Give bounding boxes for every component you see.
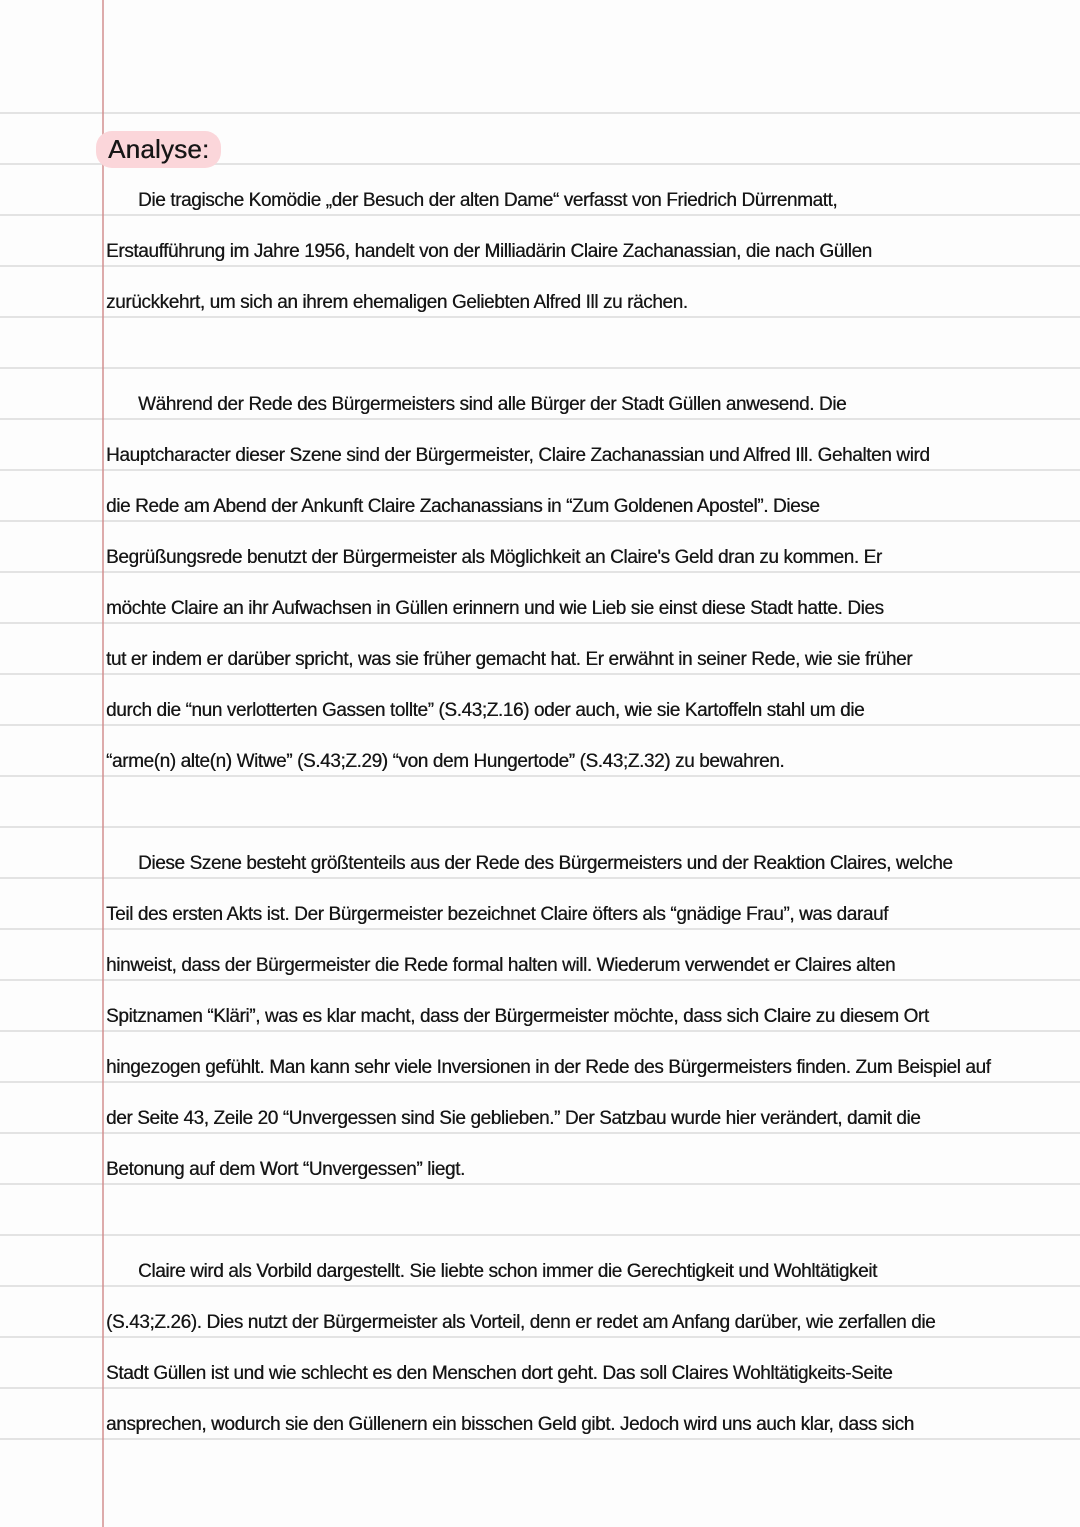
paragraph: Die tragische Komödie „der Besuch der al… xyxy=(106,175,1076,328)
text-line: Diese Szene besteht größtenteils aus der… xyxy=(106,838,1076,889)
notebook-page: { "page": { "heading": "Analyse:", "para… xyxy=(0,0,1080,1527)
text-line: durch die “nun verlotterten Gassen tollt… xyxy=(106,685,1076,736)
text-line: hingezogen gefühlt. Man kann sehr viele … xyxy=(106,1042,1076,1093)
text-line: zurückkehrt, um sich an ihrem ehemaligen… xyxy=(106,277,1076,328)
text-line: der Seite 43, Zeile 20 “Unvergessen sind… xyxy=(106,1093,1076,1144)
text-line: Stadt Güllen ist und wie schlecht es den… xyxy=(106,1348,1076,1399)
text-line: möchte Claire an ihr Aufwachsen in Gülle… xyxy=(106,583,1076,634)
text-line: ansprechen, wodurch sie den Güllenern ei… xyxy=(106,1399,1076,1450)
text-line: Erstaufführung im Jahre 1956, handelt vo… xyxy=(106,226,1076,277)
text-line: Claire wird als Vorbild dargestellt. Sie… xyxy=(106,1246,1076,1297)
text-line: Begrüßungsrede benutzt der Bürgermeister… xyxy=(106,532,1076,583)
text-line: Während der Rede des Bürgermeisters sind… xyxy=(106,379,1076,430)
paragraph: Während der Rede des Bürgermeisters sind… xyxy=(106,379,1076,787)
text-line: Hauptcharacter dieser Szene sind der Bür… xyxy=(106,430,1076,481)
margin-line xyxy=(102,0,104,1527)
text-line: Betonung auf dem Wort “Unvergessen” lieg… xyxy=(106,1144,1076,1195)
heading-row: Analyse: xyxy=(106,124,1076,175)
text-line: Die tragische Komödie „der Besuch der al… xyxy=(106,175,1076,226)
text-line: (S.43;Z.26). Dies nutzt der Bürgermeiste… xyxy=(106,1297,1076,1348)
paragraph: Claire wird als Vorbild dargestellt. Sie… xyxy=(106,1246,1076,1450)
page-title: Analyse: xyxy=(108,134,209,164)
paragraph: Diese Szene besteht größtenteils aus der… xyxy=(106,838,1076,1195)
paragraphs: Die tragische Komödie „der Besuch der al… xyxy=(106,175,1076,1450)
text-line: Teil des ersten Akts ist. Der Bürgermeis… xyxy=(106,889,1076,940)
heading-highlight: Analyse: xyxy=(96,131,221,168)
text-line: tut er indem er darüber spricht, was sie… xyxy=(106,634,1076,685)
text-line: die Rede am Abend der Ankunft Claire Zac… xyxy=(106,481,1076,532)
text-line: Spitznamen “Kläri”, was es klar macht, d… xyxy=(106,991,1076,1042)
text-line: hinweist, dass der Bürgermeister die Red… xyxy=(106,940,1076,991)
text-line: “arme(n) alte(n) Witwe” (S.43;Z.29) “von… xyxy=(106,736,1076,787)
handwritten-text: Analyse: Die tragische Komödie „der Besu… xyxy=(106,124,1076,1450)
